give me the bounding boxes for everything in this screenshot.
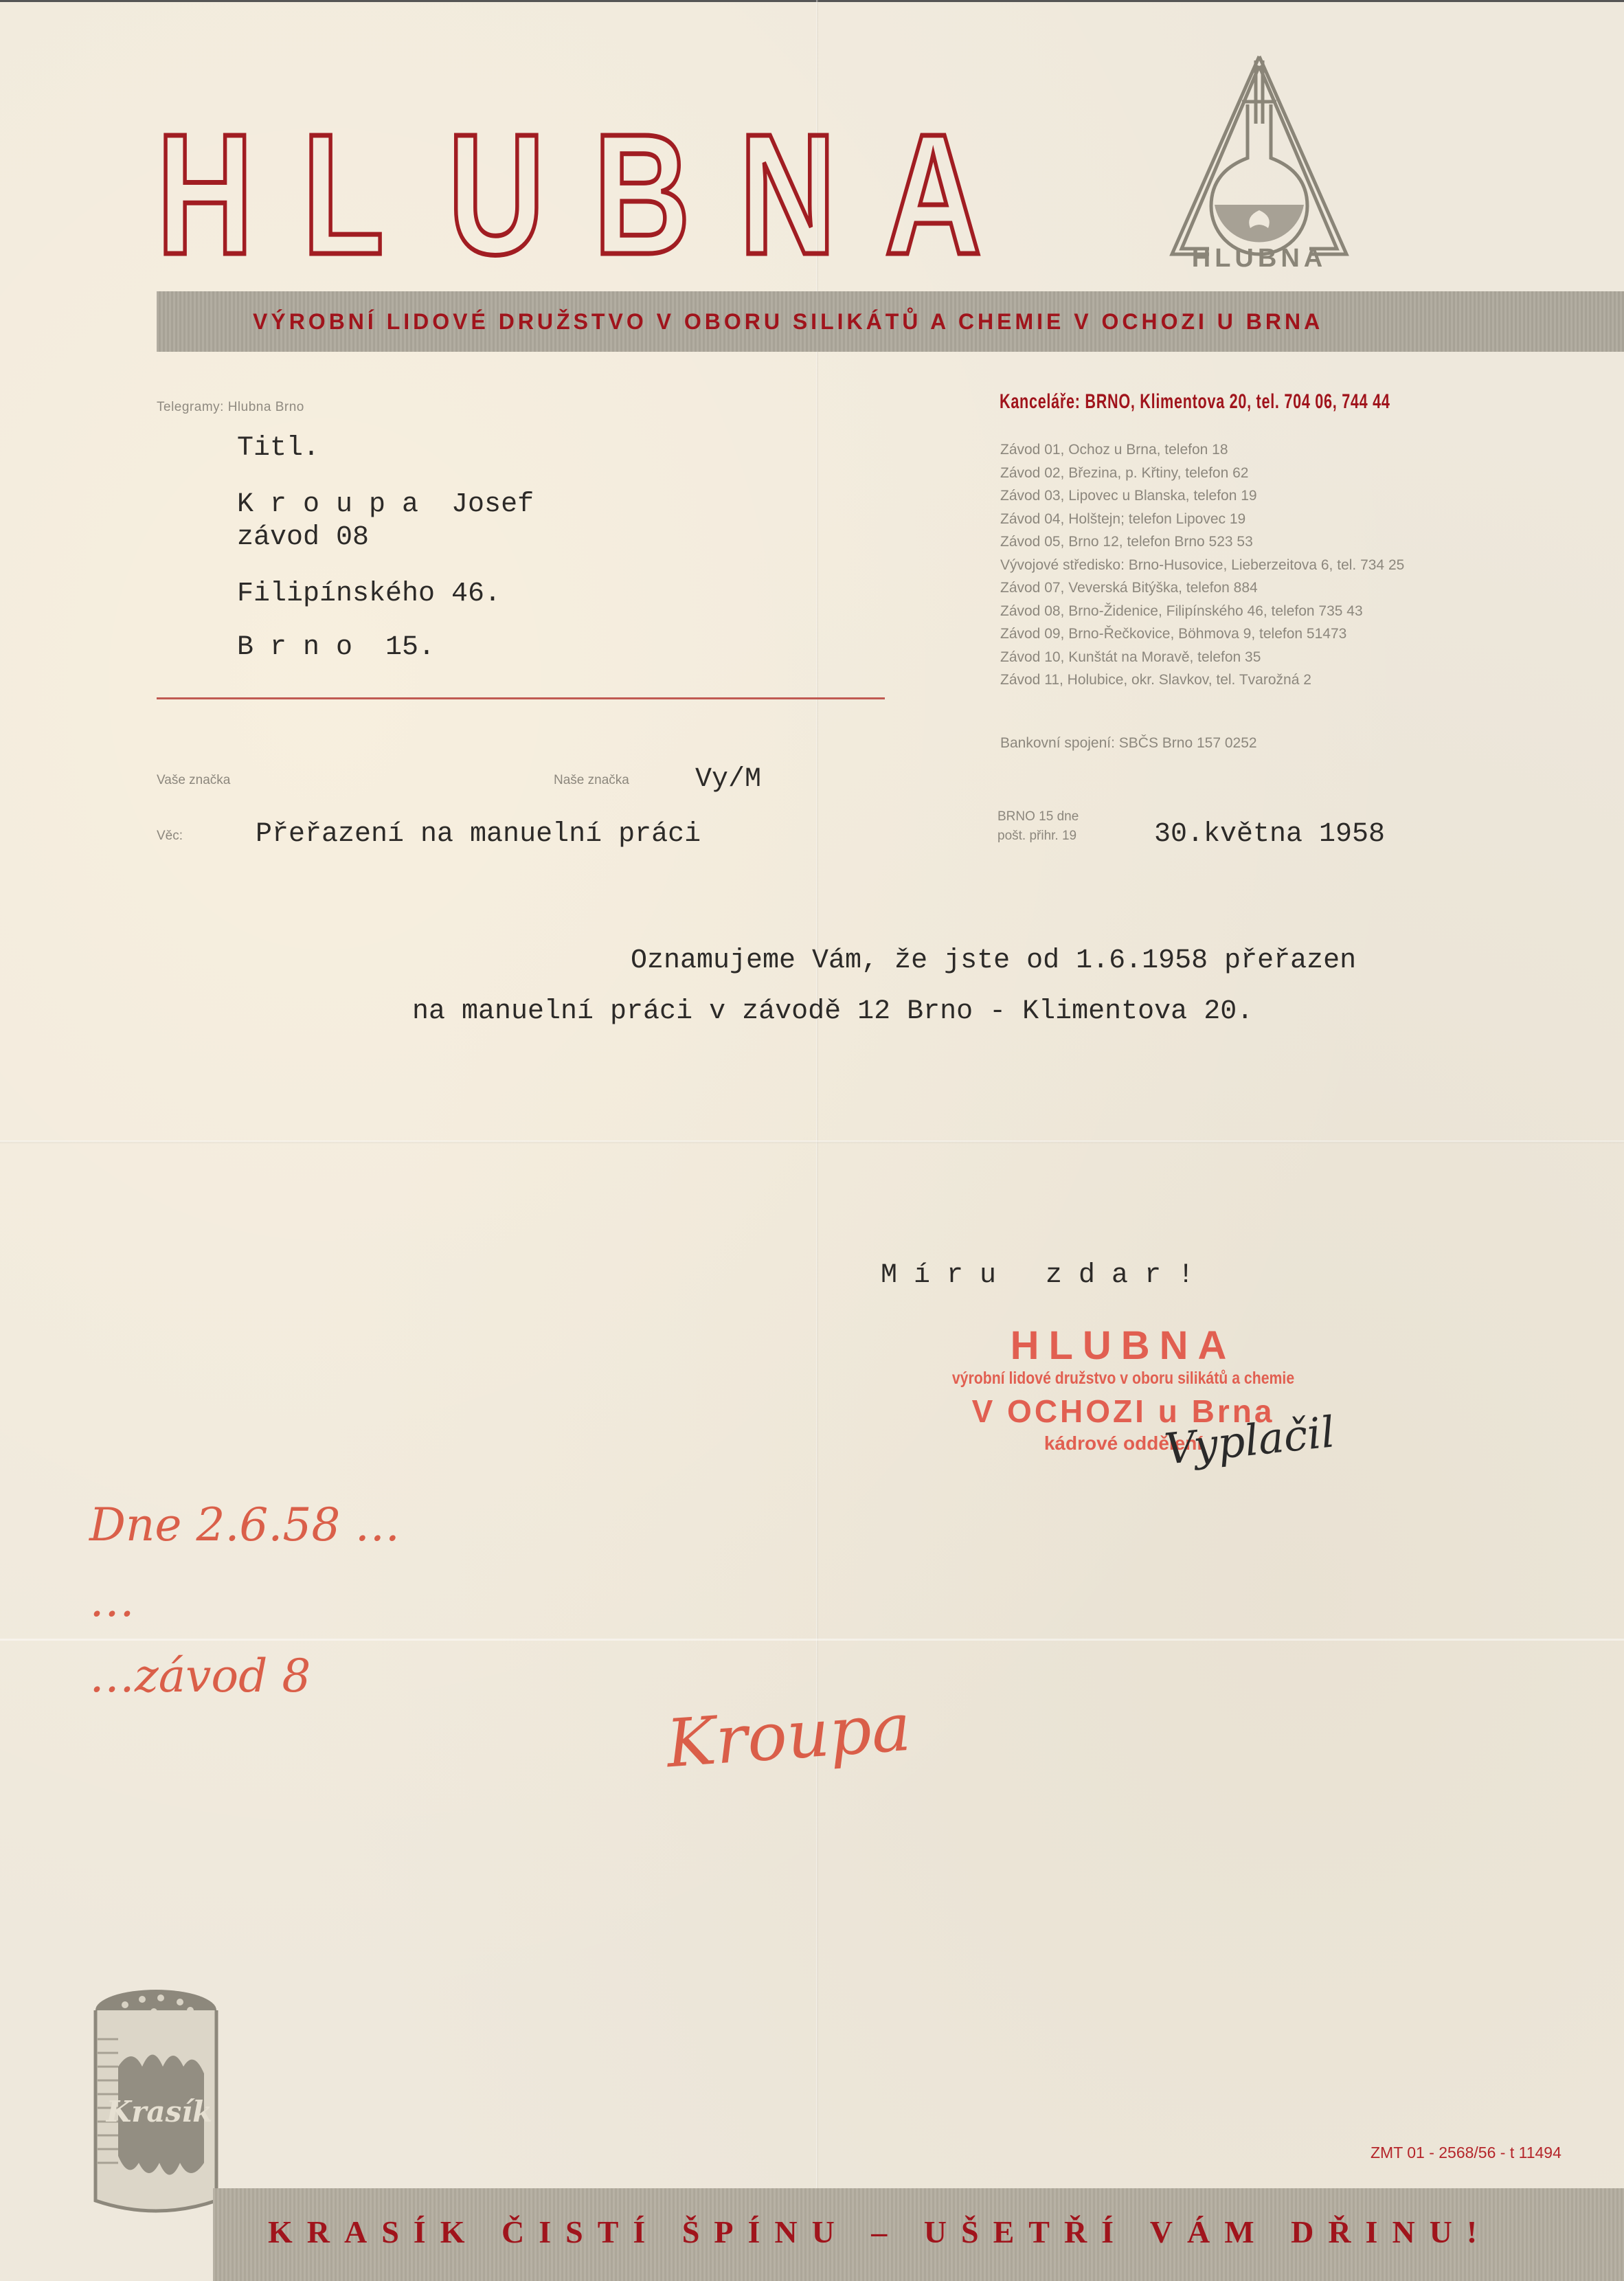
- brand-letter: U: [448, 115, 534, 273]
- offices-heading: Kanceláře: BRNO, Klimentova 20, tel. 704…: [1000, 390, 1390, 414]
- date-label-line2: pošt. přihr. 19: [997, 829, 1076, 844]
- paper-fold-horizontal: [0, 1140, 1624, 1143]
- recipient-signature: Kroupa: [664, 1689, 914, 1783]
- closing-greeting: M í r u z d a r !: [881, 1260, 1194, 1291]
- can-label: Krasík: [106, 2095, 213, 2128]
- your-reference-label: Vaše značka: [157, 773, 230, 788]
- plant-item: Závod 09, Brno-Řečkovice, Böhmova 9, tel…: [1000, 622, 1404, 646]
- telegram-address: Telegramy: Hlubna Brno: [157, 400, 304, 415]
- body-line-1: Oznamujeme Vám, že jste od 1.6.1958 přeř…: [631, 945, 1356, 976]
- address-divider: [157, 697, 885, 699]
- recipient-title: Titl.: [237, 433, 319, 464]
- tagline-band: VÝROBNÍ LIDOVÉ DRUŽSTVO V OBORU SILIKÁTŮ…: [157, 291, 1624, 352]
- paper-top-edge: [0, 0, 1624, 2]
- plant-item: Závod 10, Kunštát na Moravě, telefon 35: [1000, 646, 1404, 669]
- date-label-line1: BRNO 15 dne: [997, 809, 1079, 824]
- our-reference-label: Naše značka: [554, 773, 629, 788]
- handwritten-line-2: …: [89, 1563, 400, 1639]
- brand-letter: L: [302, 115, 388, 273]
- brand-letter: H: [157, 115, 243, 273]
- body-line-2: na manuelní práci v závodě 12 Brno - Kli…: [412, 996, 1253, 1027]
- subject-value: Přeřazení na manuelní práci: [256, 819, 701, 850]
- krasik-can-illustration-icon: Krasík: [77, 1984, 235, 2225]
- plant-item: Závod 07, Veverská Bitýška, telefon 884: [1000, 576, 1404, 600]
- plant-item: Závod 04, Holštejn; telefon Lipovec 19: [1000, 508, 1404, 531]
- plant-item: Závod 05, Brno 12, telefon Brno 523 53: [1000, 530, 1404, 554]
- brand-logo-wordmark: H L U B N A: [157, 115, 995, 273]
- advertising-slogan: KRASÍK ČISTÍ ŠPÍNU – UŠETŘÍ VÁM DŘINU!: [268, 2214, 1491, 2250]
- plant-item: Závod 02, Březina, p. Křtiny, telefon 62: [1000, 462, 1404, 485]
- stamp-line-2: výrobní lidové družstvo v oboru silikátů…: [901, 1369, 1345, 1389]
- brand-letter: N: [739, 115, 825, 273]
- plants-list: Závod 01, Ochoz u Brna, telefon 18 Závod…: [1000, 438, 1404, 692]
- our-reference-value: Vy/M: [695, 764, 761, 795]
- emblem-label: HLUBNA: [1192, 244, 1327, 273]
- plant-item: Závod 01, Ochoz u Brna, telefon 18: [1000, 438, 1404, 462]
- plant-item: Závod 03, Lipovec u Blanska, telefon 19: [1000, 484, 1404, 508]
- subject-label: Věc:: [157, 829, 183, 844]
- letter-date: 30.května 1958: [1154, 819, 1385, 850]
- recipient-city: B r n o 15.: [237, 632, 435, 663]
- flask-triangle-emblem-icon: HLUBNA: [1160, 48, 1359, 282]
- handwritten-line-3: …závod 8: [89, 1639, 400, 1714]
- brand-letter: B: [594, 115, 679, 273]
- plant-item: Vývojové středisko: Brno-Husovice, Liebe…: [1000, 554, 1404, 577]
- bank-details: Bankovní spojení: SBČS Brno 157 0252: [1000, 735, 1257, 752]
- company-tagline: VÝROBNÍ LIDOVÉ DRUŽSTVO V OBORU SILIKÁTŮ…: [253, 309, 1323, 335]
- plant-item: Závod 11, Holubice, okr. Slavkov, tel. T…: [1000, 668, 1404, 692]
- brand-letter: A: [885, 115, 971, 273]
- plant-item: Závod 08, Brno-Židenice, Filipínského 46…: [1000, 600, 1404, 623]
- recipient-plant: závod 08: [237, 522, 369, 553]
- recipient-street: Filipínského 46.: [237, 578, 501, 609]
- handwritten-note: Dne 2.6.58 … … …závod 8: [89, 1487, 400, 1714]
- handwritten-line-1: Dne 2.6.58 …: [89, 1487, 400, 1563]
- recipient-name: K r o u p a Josef: [237, 489, 534, 520]
- stamp-line-1: HLUBNA: [862, 1323, 1384, 1369]
- print-code: ZMT 01 - 2568/56 - t 11494: [1371, 2144, 1561, 2162]
